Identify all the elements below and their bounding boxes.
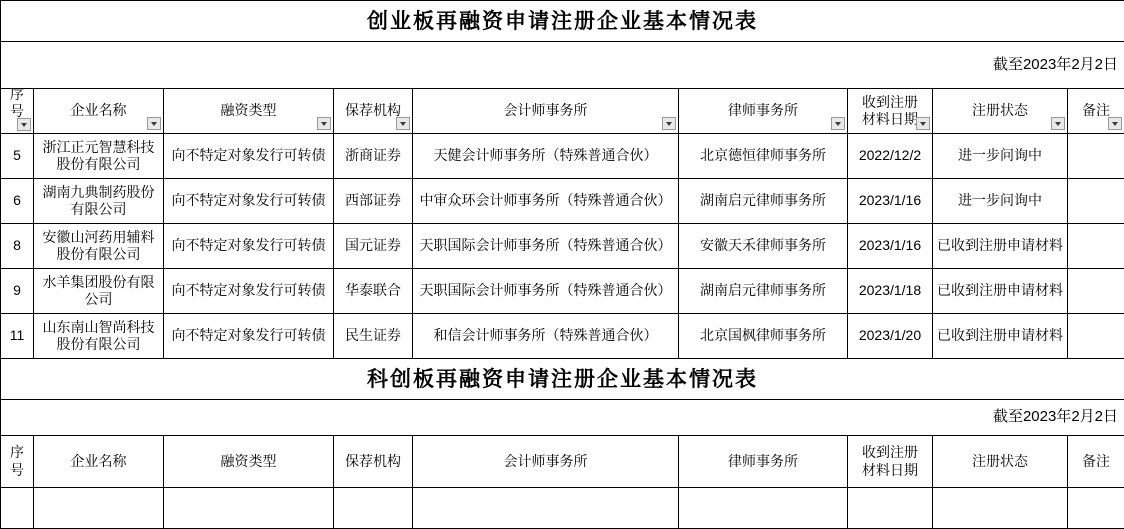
table-row: 11山东南山智尚科技股份有限公司向不特定对象发行可转债民生证券和信会计师事务所（…: [1, 314, 1124, 359]
table-row: 8安徽山河药用辅料股份有限公司向不特定对象发行可转债国元证券天职国际会计师事务所…: [1, 224, 1124, 269]
filter-dropdown-button[interactable]: [831, 117, 845, 130]
column-header: 保荐机构: [334, 436, 413, 488]
table-cell: [933, 488, 1068, 529]
column-header-label: 保荐机构: [345, 453, 401, 471]
chevron-down-icon: [666, 122, 672, 126]
table-cell: 向不特定对象发行可转债: [164, 134, 334, 179]
table-cell: 北京德恒律师事务所: [679, 134, 848, 179]
chevron-down-icon: [1112, 122, 1118, 126]
table-row: 9水羊集团股份有限公司向不特定对象发行可转债华泰联合天职国际会计师事务所（特殊普…: [1, 269, 1124, 314]
table-cell: 向不特定对象发行可转债: [164, 179, 334, 224]
chevron-down-icon: [835, 122, 841, 126]
column-header: 保荐机构: [334, 89, 413, 134]
column-header-label: 备注: [1082, 102, 1110, 120]
column-header-label: 企业名称: [71, 453, 127, 471]
table-cell: 水羊集团股份有限公司: [34, 269, 164, 314]
table-cell: [164, 488, 334, 529]
table-cell: 湖南启元律师事务所: [679, 179, 848, 224]
as-of-date-row: 截至2023年2月2日: [1, 400, 1124, 436]
column-header: 融资类型: [164, 89, 334, 134]
table-cell: 华泰联合: [334, 269, 413, 314]
filter-dropdown-button[interactable]: [1108, 117, 1122, 130]
table-cell: 6: [1, 179, 34, 224]
page-title: 创业板再融资申请注册企业基本情况表: [1, 1, 1124, 42]
table-cell: 向不特定对象发行可转债: [164, 269, 334, 314]
table-cell: 2023/1/16: [848, 179, 933, 224]
column-header-label: 注册状态: [972, 453, 1028, 471]
table-cell: [1, 488, 34, 529]
column-header: 注册状态: [933, 89, 1068, 134]
table-cell: 天职国际会计师事务所（特殊普通合伙）: [413, 269, 679, 314]
table-cell: 山东南山智尚科技股份有限公司: [34, 314, 164, 359]
column-header: 序号: [1, 436, 34, 488]
column-header: 企业名称: [34, 436, 164, 488]
filter-dropdown-button[interactable]: [147, 117, 161, 130]
table-cell: [848, 488, 933, 529]
filter-dropdown-button[interactable]: [1051, 117, 1065, 130]
table-cell: [334, 488, 413, 529]
column-header: 融资类型: [164, 436, 334, 488]
table-cell: 11: [1, 314, 34, 359]
table-cell: 向不特定对象发行可转债: [164, 224, 334, 269]
table-cell: 8: [1, 224, 34, 269]
table-cell: 湖南启元律师事务所: [679, 269, 848, 314]
table-cell: 安徽天禾律师事务所: [679, 224, 848, 269]
as-of-date-row: 截至2023年2月2日: [1, 42, 1124, 89]
column-header: 企业名称: [34, 89, 164, 134]
table-title-row: 科创板再融资申请注册企业基本情况表: [1, 359, 1124, 400]
column-header-label: 律师事务所: [728, 102, 798, 120]
table-cell: 中审众环会计师事务所（特殊普通合伙）: [413, 179, 679, 224]
column-header-label: 保荐机构: [345, 102, 401, 120]
column-header: 备注: [1068, 436, 1124, 488]
column-header: 律师事务所: [679, 436, 848, 488]
column-header-label: 收到注册 材料日期: [862, 94, 918, 129]
table-cell: 天职国际会计师事务所（特殊普通合伙）: [413, 224, 679, 269]
chevron-down-icon: [920, 122, 926, 126]
as-of-date: 截至2023年2月2日: [1, 42, 1124, 89]
column-header-label: 融资类型: [221, 453, 277, 471]
table-cell: 国元证券: [334, 224, 413, 269]
column-header: 收到注册 材料日期: [848, 436, 933, 488]
column-header: 序号: [1, 89, 34, 134]
table-cell: 2023/1/20: [848, 314, 933, 359]
table-cell: 已收到注册申请材料: [933, 314, 1068, 359]
filter-dropdown-button[interactable]: [396, 117, 410, 130]
table-cell: [1068, 269, 1124, 314]
chevron-down-icon: [1055, 122, 1061, 126]
filter-dropdown-button[interactable]: [17, 118, 31, 131]
table-cell: 向不特定对象发行可转债: [164, 314, 334, 359]
column-header-label: 律师事务所: [728, 453, 798, 471]
column-header-row: 序号企业名称融资类型保荐机构会计师事务所律师事务所收到注册 材料日期注册状态备注: [1, 89, 1124, 134]
table-cell: 已收到注册申请材料: [933, 269, 1068, 314]
table-row: [1, 488, 1124, 529]
table-cell: 湖南九典制药股份有限公司: [34, 179, 164, 224]
chevron-down-icon: [21, 123, 27, 127]
table-cell: 已收到注册申请材料: [933, 224, 1068, 269]
table-cell: 9: [1, 269, 34, 314]
column-header: 会计师事务所: [413, 436, 679, 488]
spreadsheet: 创业板再融资申请注册企业基本情况表 截至2023年2月2日 序号企业名称融资类型…: [0, 0, 1124, 529]
column-header-label: 企业名称: [71, 102, 127, 120]
table-cell: 浙江正元智慧科技股份有限公司: [34, 134, 164, 179]
table-cell: 天健会计师事务所（特殊普通合伙）: [413, 134, 679, 179]
table-cell: 和信会计师事务所（特殊普通合伙）: [413, 314, 679, 359]
star-board-table: 科创板再融资申请注册企业基本情况表 截至2023年2月2日 序号企业名称融资类型…: [0, 358, 1124, 529]
column-header-label: 备注: [1082, 453, 1110, 471]
chevron-down-icon: [151, 122, 157, 126]
filter-dropdown-button[interactable]: [662, 117, 676, 130]
column-header-label: 收到注册 材料日期: [862, 444, 918, 479]
table-cell: 民生证券: [334, 314, 413, 359]
filter-dropdown-button[interactable]: [317, 117, 331, 130]
table-cell: 2023/1/18: [848, 269, 933, 314]
column-header-label: 会计师事务所: [504, 102, 588, 120]
table-cell: [1068, 179, 1124, 224]
column-header: 会计师事务所: [413, 89, 679, 134]
table-cell: [1068, 134, 1124, 179]
table-cell: 5: [1, 134, 34, 179]
as-of-date: 截至2023年2月2日: [1, 400, 1124, 436]
column-header: 律师事务所: [679, 89, 848, 134]
table-cell: 安徽山河药用辅料股份有限公司: [34, 224, 164, 269]
column-header-label: 序号: [4, 444, 30, 479]
filter-dropdown-button[interactable]: [916, 117, 930, 130]
table-cell: [1068, 224, 1124, 269]
chevron-down-icon: [400, 122, 406, 126]
table-cell: 西部证券: [334, 179, 413, 224]
table-cell: 北京国枫律师事务所: [679, 314, 848, 359]
column-header-label: 融资类型: [221, 102, 277, 120]
table-title-row: 创业板再融资申请注册企业基本情况表: [1, 1, 1124, 42]
table-cell: 2023/1/16: [848, 224, 933, 269]
column-header-row: 序号企业名称融资类型保荐机构会计师事务所律师事务所收到注册 材料日期注册状态备注: [1, 436, 1124, 488]
table-cell: [413, 488, 679, 529]
column-header: 收到注册 材料日期: [848, 89, 933, 134]
column-header-label: 会计师事务所: [504, 453, 588, 471]
column-header: 注册状态: [933, 436, 1068, 488]
gem-board-table: 创业板再融资申请注册企业基本情况表 截至2023年2月2日 序号企业名称融资类型…: [0, 0, 1124, 359]
column-header: 备注: [1068, 89, 1124, 134]
table-cell: [1068, 488, 1124, 529]
table-cell: [34, 488, 164, 529]
table-cell: 进一步问询中: [933, 179, 1068, 224]
page-title: 科创板再融资申请注册企业基本情况表: [1, 359, 1124, 400]
table-cell: 浙商证券: [334, 134, 413, 179]
column-header-label: 注册状态: [972, 102, 1028, 120]
table-cell: [1068, 314, 1124, 359]
column-header-label: 序号: [4, 89, 30, 121]
chevron-down-icon: [321, 122, 327, 126]
table-cell: 进一步问询中: [933, 134, 1068, 179]
table-row: 6湖南九典制药股份有限公司向不特定对象发行可转债西部证券中审众环会计师事务所（特…: [1, 179, 1124, 224]
table-row: 5浙江正元智慧科技股份有限公司向不特定对象发行可转债浙商证券天健会计师事务所（特…: [1, 134, 1124, 179]
table-cell: [679, 488, 848, 529]
table-cell: 2022/12/2: [848, 134, 933, 179]
